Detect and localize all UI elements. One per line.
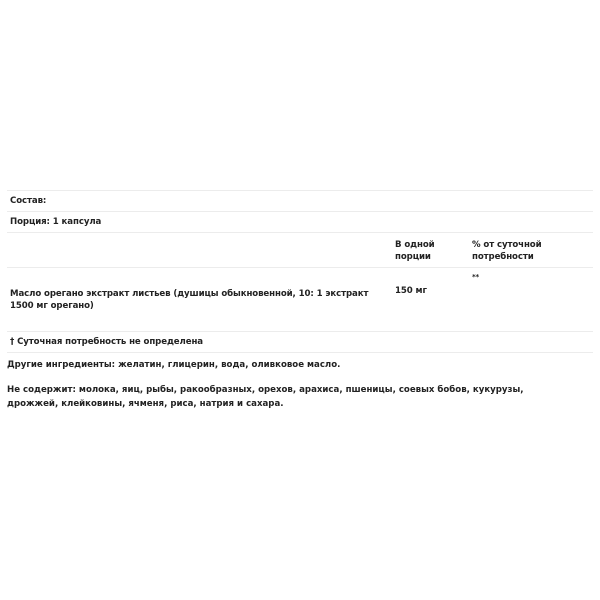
ingredient-amount: 150 мг: [395, 286, 427, 296]
other-ingredients: Другие ингредиенты: желатин, глицерин, в…: [7, 360, 340, 370]
per-serving-header: В одной порции: [395, 239, 455, 263]
composition-label: Состав:: [7, 190, 593, 211]
free-from-statement: Не содержит: молока, яиц, рыбы, ракообра…: [7, 383, 567, 411]
daily-value-header: % от суточной потребности: [472, 239, 562, 263]
ingredient-name: Масло орегано экстракт листьев (душицы о…: [10, 288, 390, 312]
ingredient-daily-value: **: [472, 273, 479, 281]
table-header: В одной порции % от суточной потребности: [7, 232, 593, 267]
table-row: Масло орегано экстракт листьев (душицы о…: [7, 267, 593, 331]
serving-size: Порция: 1 капсула: [7, 211, 593, 232]
supplement-facts-table: Состав: Порция: 1 капсула В одной порции…: [7, 190, 593, 353]
footnote: † Суточная потребность не определена: [7, 331, 593, 353]
